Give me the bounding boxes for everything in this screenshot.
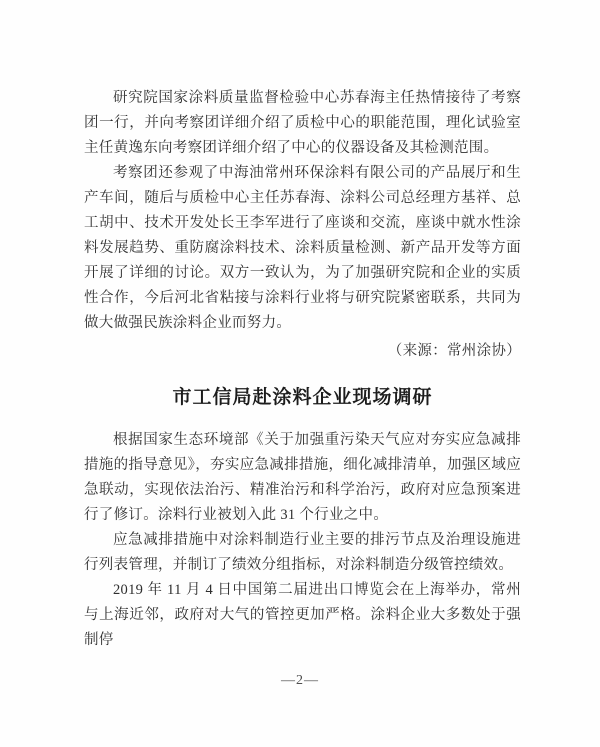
page-number: —2— bbox=[0, 672, 600, 690]
paragraph-visit-discussion: 考察团还参观了中海油常州环保涂料有限公司的产品展厅和生产车间，随后与质检中心主任… bbox=[84, 161, 521, 336]
article-title: 市工信局赴涂料企业现场调研 bbox=[84, 385, 521, 411]
page-content: 研究院国家涂料质量监督检验中心苏春海主任热情接待了考察团一行，并向考察团详细介绍… bbox=[84, 86, 521, 653]
paragraph-emission-measures: 应急减排措施中对涂料制造行业主要的排污节点及治理设施进行列表管理，并制订了绩效分… bbox=[84, 528, 521, 578]
paragraph-policy-guidance: 根据国家生态环境部《关于加强重污染天气应对夯实应急减排措施的指导意见》，夯实应急… bbox=[84, 428, 521, 528]
document-page: 研究院国家涂料质量监督检验中心苏春海主任热情接待了考察团一行，并向考察团详细介绍… bbox=[0, 0, 600, 747]
paragraph-expo-control: 2019 年 11 月 4 日中国第二届进出口博览会在上海举办，常州与上海近邻，… bbox=[84, 578, 521, 653]
source-attribution: （来源：常州涂协） bbox=[84, 336, 521, 364]
paragraph-visit-reception: 研究院国家涂料质量监督检验中心苏春海主任热情接待了考察团一行，并向考察团详细介绍… bbox=[84, 86, 521, 161]
